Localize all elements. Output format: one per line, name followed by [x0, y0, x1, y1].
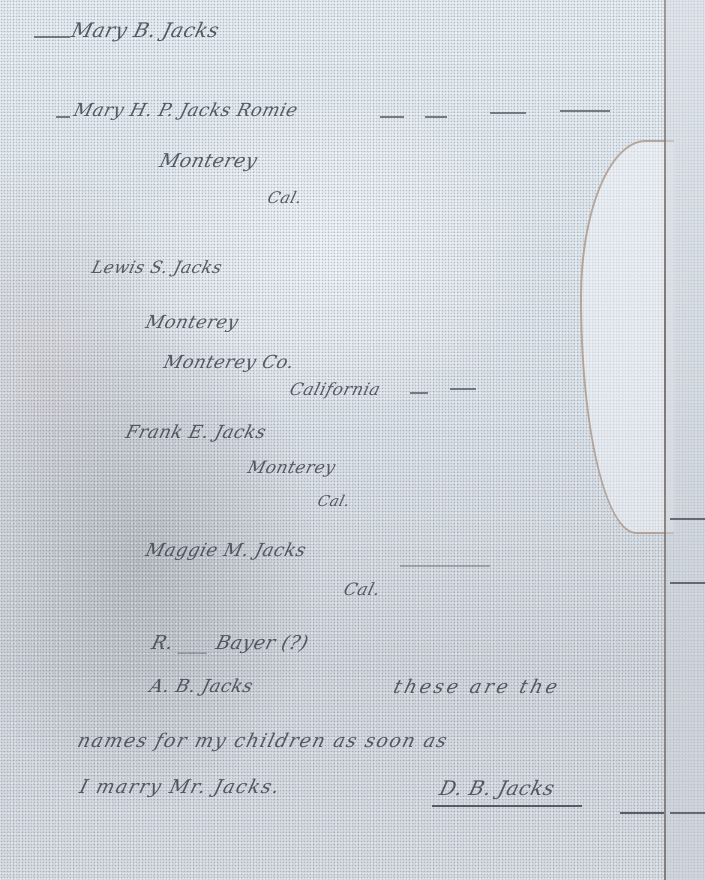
trailing-dash: [410, 392, 428, 394]
leading-dash: [34, 36, 70, 38]
page-edge-mark: [670, 582, 705, 584]
leading-dash: [56, 116, 70, 118]
trailing-dash: [450, 388, 476, 390]
entry-address-line: Cal.: [342, 580, 383, 600]
document-page: Mary B. Jacks Mary H. P. Jacks Romie Mon…: [0, 0, 705, 880]
entry-address-line: Cal.: [266, 188, 305, 207]
trailing-dash: [560, 110, 610, 112]
page-fold-line: [664, 0, 666, 880]
closing-name: A. B. Jacks: [147, 676, 255, 697]
entry-address-line: Cal.: [316, 492, 352, 510]
entry-address-line: Monterey: [157, 150, 260, 172]
entry-address-line: Monterey: [143, 312, 240, 333]
entry-name: Mary B. Jacks: [69, 18, 222, 42]
entry-name: Frank E. Jacks: [123, 422, 268, 443]
signature: D. B. Jacks: [437, 776, 557, 800]
page-edge-mark: [670, 812, 705, 814]
page-edge-mark: [670, 518, 705, 520]
entry-address-line: Monterey: [246, 458, 338, 478]
entry-name: Lewis S. Jacks: [90, 258, 225, 278]
trailing-dash: [400, 565, 490, 567]
entry-name: Mary H. P. Jacks Romie: [71, 100, 300, 121]
entry-name: R. ___ Bayer (?): [149, 632, 311, 654]
signature-underline: [432, 805, 582, 807]
closing-text-line: names for my children as soon as: [75, 730, 450, 752]
entry-address-line: California: [288, 380, 383, 400]
closing-text-line: I marry Mr. Jacks.: [77, 776, 283, 798]
closing-text-line: these are the: [391, 676, 562, 698]
trailing-dash: [425, 116, 447, 118]
entry-address-line: Monterey Co.: [161, 352, 296, 373]
adjacent-page-edge: [666, 0, 705, 880]
signature-flourish: [620, 812, 664, 814]
trailing-dash: [380, 116, 404, 118]
trailing-dash: [490, 112, 526, 114]
entry-name: Maggie M. Jacks: [143, 540, 308, 561]
